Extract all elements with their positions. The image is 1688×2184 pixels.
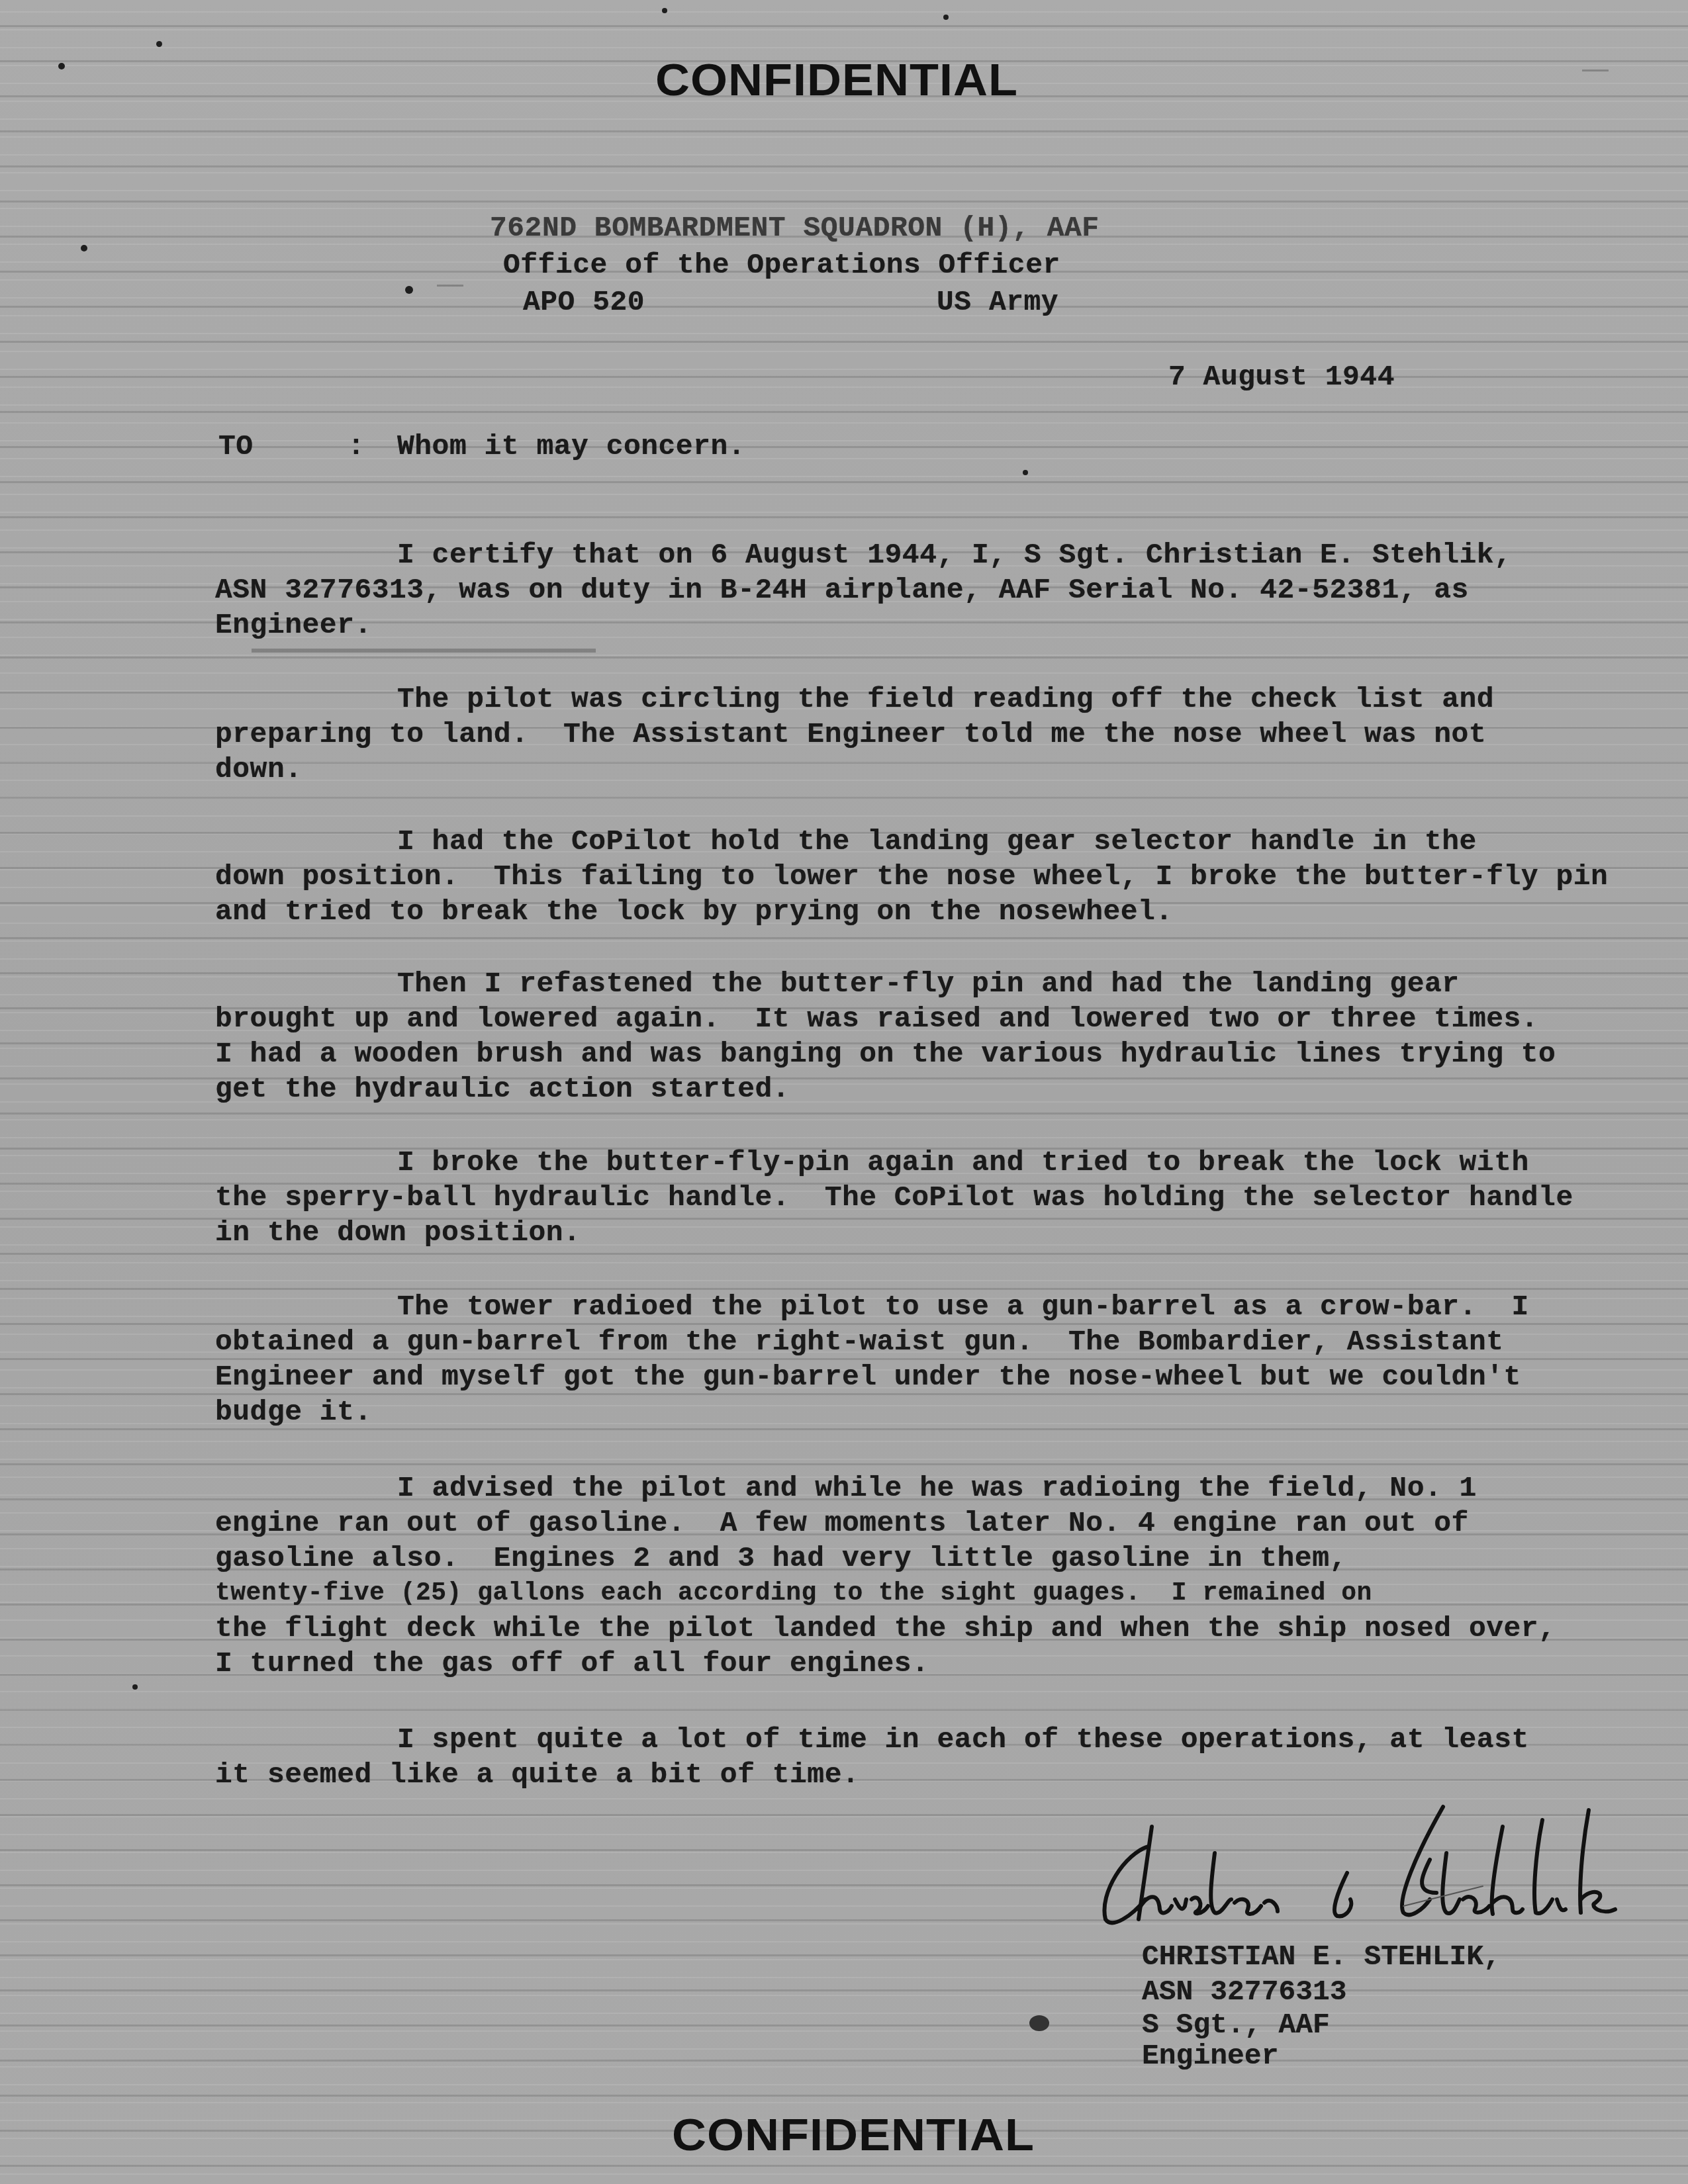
paragraph-line: The pilot was circling the field reading…: [215, 682, 1671, 717]
letterhead-apo: APO 520: [523, 285, 645, 320]
paragraph-line: brought up and lowered again. It was rai…: [215, 1001, 1671, 1036]
addressee-separator: :: [348, 429, 365, 464]
document-page: { "classification": { "top_stamp": "CONF…: [0, 0, 1688, 2184]
letterhead-branch: US Army: [937, 285, 1058, 320]
paragraph-line: down position. This failing to lower the…: [215, 859, 1671, 894]
paragraph-line: I certify that on 6 August 1944, I, S Sg…: [215, 537, 1671, 572]
paragraph-line: The tower radioed the pilot to use a gun…: [215, 1289, 1671, 1324]
paragraph-line: down.: [215, 752, 1671, 787]
paragraph-line: Engineer.: [215, 608, 1671, 643]
body-paragraph-8: I spent quite a lot of time in each of t…: [215, 1722, 1671, 1792]
classification-stamp-top: CONFIDENTIAL: [655, 54, 1018, 106]
scan-speck: [662, 8, 667, 13]
paragraph-line: preparing to land. The Assistant Enginee…: [215, 717, 1671, 752]
scan-speck: [156, 41, 162, 47]
paragraph-line: engine ran out of gasoline. A few moment…: [215, 1506, 1671, 1541]
signer-typed-name: CHRISTIAN E. STEHLIK,: [1142, 1939, 1501, 1974]
scan-speck: [81, 245, 87, 251]
paragraph-line: the flight deck while the pilot landed t…: [215, 1611, 1671, 1646]
paragraph-line: and tried to break the lock by prying on…: [215, 894, 1671, 929]
signer-rank: S Sgt., AAF: [1142, 2009, 1501, 2040]
scan-speck: [1023, 470, 1028, 475]
document-date: 7 August 1944: [1168, 359, 1395, 394]
letterhead-unit: 762ND BOMBARDMENT SQUADRON (H), AAF: [490, 210, 1100, 246]
body-paragraph-4: Then I refastened the butter-fly pin and…: [215, 966, 1671, 1107]
paragraph-line: I broke the butter-fly-pin again and tri…: [215, 1145, 1671, 1180]
signer-role: Engineer: [1142, 2040, 1501, 2071]
scan-speck: [58, 63, 65, 69]
paragraph-line: I advised the pilot and while he was rad…: [215, 1471, 1671, 1506]
scan-streak: [437, 285, 463, 287]
paragraph-line: obtained a gun-barrel from the right-wai…: [215, 1324, 1671, 1359]
signer-asn: ASN 32776313: [1142, 1974, 1501, 2009]
addressee-label: TO: [218, 429, 254, 464]
body-paragraph-3: I had the CoPilot hold the landing gear …: [215, 824, 1671, 929]
paragraph-line: I had the CoPilot hold the landing gear …: [215, 824, 1671, 859]
paragraph-line: gasoline also. Engines 2 and 3 had very …: [215, 1541, 1671, 1576]
scan-speck: [132, 1684, 138, 1690]
body-paragraph-6: The tower radioed the pilot to use a gun…: [215, 1289, 1671, 1430]
handwritten-signature: [1086, 1800, 1635, 1933]
paragraph-line: Engineer and myself got the gun-barrel u…: [215, 1359, 1671, 1394]
paragraph-line: in the down position.: [215, 1215, 1671, 1250]
letterhead-office: Office of the Operations Officer: [503, 248, 1060, 283]
scan-streak: [1582, 69, 1609, 71]
scan-speck: [405, 286, 413, 294]
classification-stamp-bottom: CONFIDENTIAL: [672, 2109, 1035, 2161]
scan-smudge: [1029, 2015, 1049, 2031]
paragraph-line: get the hydraulic action started.: [215, 1071, 1671, 1107]
body-paragraph-1: I certify that on 6 August 1944, I, S Sg…: [215, 537, 1671, 643]
paragraph-line: I spent quite a lot of time in each of t…: [215, 1722, 1671, 1757]
paragraph-line: ASN 32776313, was on duty in B-24H airpl…: [215, 572, 1671, 608]
addressee-value: Whom it may concern.: [397, 429, 745, 464]
paragraph-line: I turned the gas off of all four engines…: [215, 1646, 1671, 1681]
paragraph-line: it seemed like a quite a bit of time.: [215, 1757, 1671, 1792]
paragraph-line: budge it.: [215, 1394, 1671, 1430]
paragraph-line: Then I refastened the butter-fly pin and…: [215, 966, 1671, 1001]
paragraph-line: I had a wooden brush and was banging on …: [215, 1036, 1671, 1071]
signature-block: CHRISTIAN E. STEHLIK, ASN 32776313 S Sgt…: [1142, 1939, 1501, 2071]
body-paragraph-2: The pilot was circling the field reading…: [215, 682, 1671, 787]
body-paragraph-5: I broke the butter-fly-pin again and tri…: [215, 1145, 1671, 1250]
paragraph-line: twenty-five (25) gallons each according …: [215, 1576, 1671, 1611]
scan-speck: [943, 15, 949, 20]
scan-streak: [252, 649, 596, 653]
body-paragraph-7: I advised the pilot and while he was rad…: [215, 1471, 1671, 1681]
paragraph-line: the sperry-ball hydraulic handle. The Co…: [215, 1180, 1671, 1215]
